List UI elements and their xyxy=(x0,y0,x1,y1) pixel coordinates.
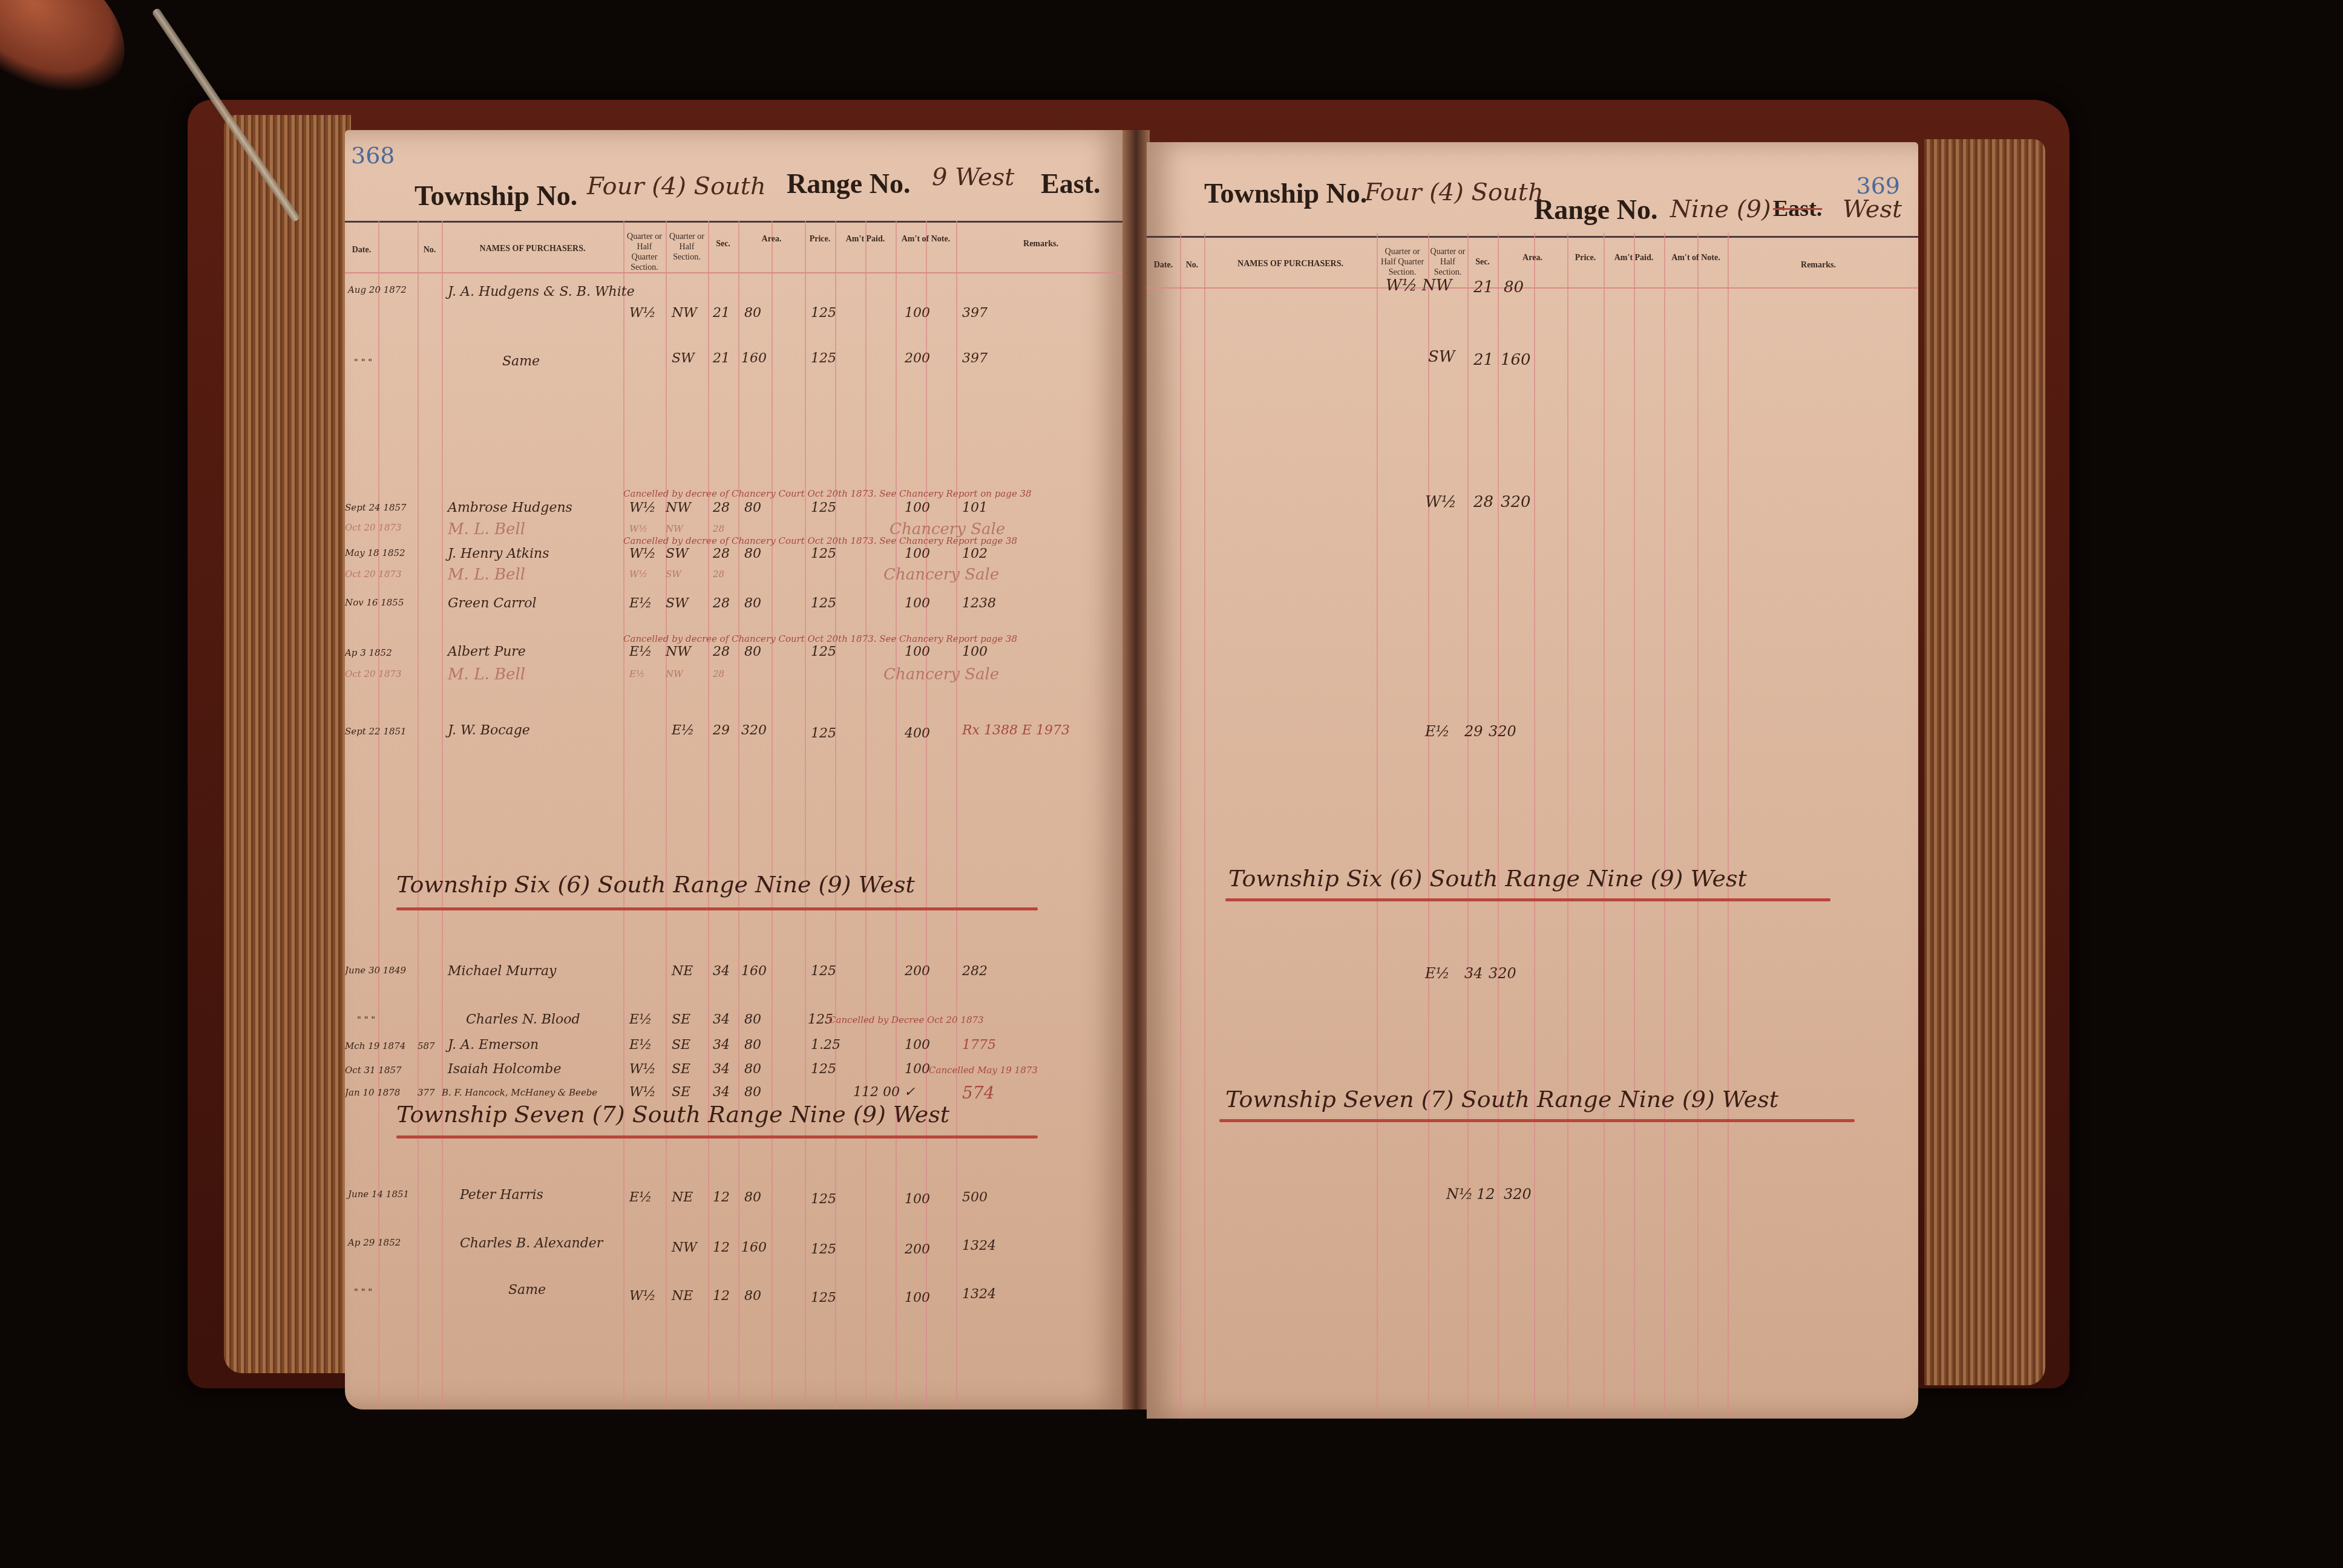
left-page: 368 Township No. Four (4) South Range No… xyxy=(345,130,1126,1410)
column-rule xyxy=(1180,233,1181,1419)
range-value: 9 West xyxy=(932,163,1014,191)
col-area: Area. xyxy=(738,234,805,244)
col-no: No. xyxy=(418,245,442,255)
col-note: Am't of Note. xyxy=(1664,253,1728,263)
right-page: 369 Township No. Four (4) South Range No… xyxy=(1147,142,1918,1419)
column-rule xyxy=(1467,233,1469,1419)
page-edges-right xyxy=(1924,139,2045,1385)
column-rule xyxy=(378,221,379,1410)
section-underline xyxy=(1219,1119,1855,1122)
column-rule xyxy=(865,221,867,1410)
column-rule xyxy=(1567,233,1568,1419)
col-q: Quarter or Half Section. xyxy=(1428,247,1467,278)
range-label: Range No. xyxy=(787,168,910,200)
range-value: Nine (9) xyxy=(1670,195,1771,223)
col-price: Price. xyxy=(1567,253,1604,263)
section-heading: Township Seven (7) South Range Nine (9) … xyxy=(1225,1086,1778,1112)
col-q: Quarter or Half Section. xyxy=(666,232,708,263)
column-rule xyxy=(1377,233,1378,1419)
range-suffix: East. xyxy=(1041,168,1100,200)
header-bottom-rule xyxy=(345,272,1126,273)
col-qq: Quarter or Half Quarter Section. xyxy=(1377,247,1428,278)
column-rule xyxy=(896,221,897,1410)
section-heading: Township Six (6) South Range Nine (9) We… xyxy=(396,871,915,898)
column-rule xyxy=(926,221,927,1410)
page-title: Township No. Four (4) South Range No. 9 … xyxy=(345,154,1126,227)
col-paid: Am't Paid. xyxy=(835,234,896,244)
col-sec: Sec. xyxy=(1467,257,1498,267)
column-rule xyxy=(835,221,836,1410)
section-heading: Township Six (6) South Range Nine (9) We… xyxy=(1228,865,1747,892)
township-value: Four (4) South xyxy=(587,172,766,200)
col-date: Date. xyxy=(345,245,378,255)
header-bottom-rule xyxy=(1147,287,1918,289)
column-rule xyxy=(666,221,667,1410)
column-rule xyxy=(1428,233,1429,1419)
column-rule xyxy=(772,221,773,1410)
page-title: Township No. Four (4) South Range No. Ni… xyxy=(1147,166,1918,239)
column-rule xyxy=(738,221,739,1410)
column-rule xyxy=(1697,233,1699,1419)
col-price: Price. xyxy=(805,234,835,244)
column-rule xyxy=(708,221,709,1410)
column-rule xyxy=(442,221,443,1410)
column-rule xyxy=(956,221,957,1410)
section-underline xyxy=(396,1135,1038,1138)
col-remarks: Remarks. xyxy=(1728,260,1909,270)
column-rule xyxy=(1634,233,1635,1419)
col-sec: Sec. xyxy=(708,239,738,249)
column-rule xyxy=(1604,233,1605,1419)
township-label: Township No. xyxy=(415,180,577,212)
township-label: Township No. xyxy=(1204,177,1367,209)
col-no: No. xyxy=(1180,260,1204,270)
column-rule xyxy=(1204,233,1205,1419)
section-underline xyxy=(396,907,1038,910)
township-value: Four (4) South xyxy=(1365,178,1544,206)
column-rule xyxy=(805,221,806,1410)
column-rule xyxy=(1498,233,1499,1419)
col-note: Am't of Note. xyxy=(896,234,956,244)
col-names: NAMES OF PURCHASERS. xyxy=(1204,259,1377,269)
column-rule xyxy=(418,221,419,1410)
column-rule xyxy=(623,221,624,1410)
col-remarks: Remarks. xyxy=(956,239,1126,249)
range-label: Range No. xyxy=(1534,194,1657,226)
column-rule xyxy=(1534,233,1535,1419)
range-suffix-struck: East. xyxy=(1773,195,1822,222)
column-headers: Date. No. NAMES OF PURCHASERS. Quarter o… xyxy=(1147,236,1918,287)
column-headers: Date. No. NAMES OF PURCHASERS. Quarter o… xyxy=(345,221,1126,272)
col-date: Date. xyxy=(1147,260,1180,270)
col-area: Area. xyxy=(1498,253,1567,263)
col-names: NAMES OF PURCHASERS. xyxy=(442,244,623,254)
range-suffix-written: West xyxy=(1843,195,1902,223)
section-heading: Township Seven (7) South Range Nine (9) … xyxy=(396,1101,949,1128)
column-rule xyxy=(1728,233,1729,1419)
section-underline xyxy=(1225,898,1830,901)
col-qq: Quarter or Half Quarter Section. xyxy=(623,232,666,273)
column-rule xyxy=(1664,233,1665,1419)
hand xyxy=(0,0,151,126)
col-paid: Am't Paid. xyxy=(1604,253,1664,263)
page-edges-left xyxy=(224,115,351,1373)
book-gutter xyxy=(1122,130,1150,1410)
